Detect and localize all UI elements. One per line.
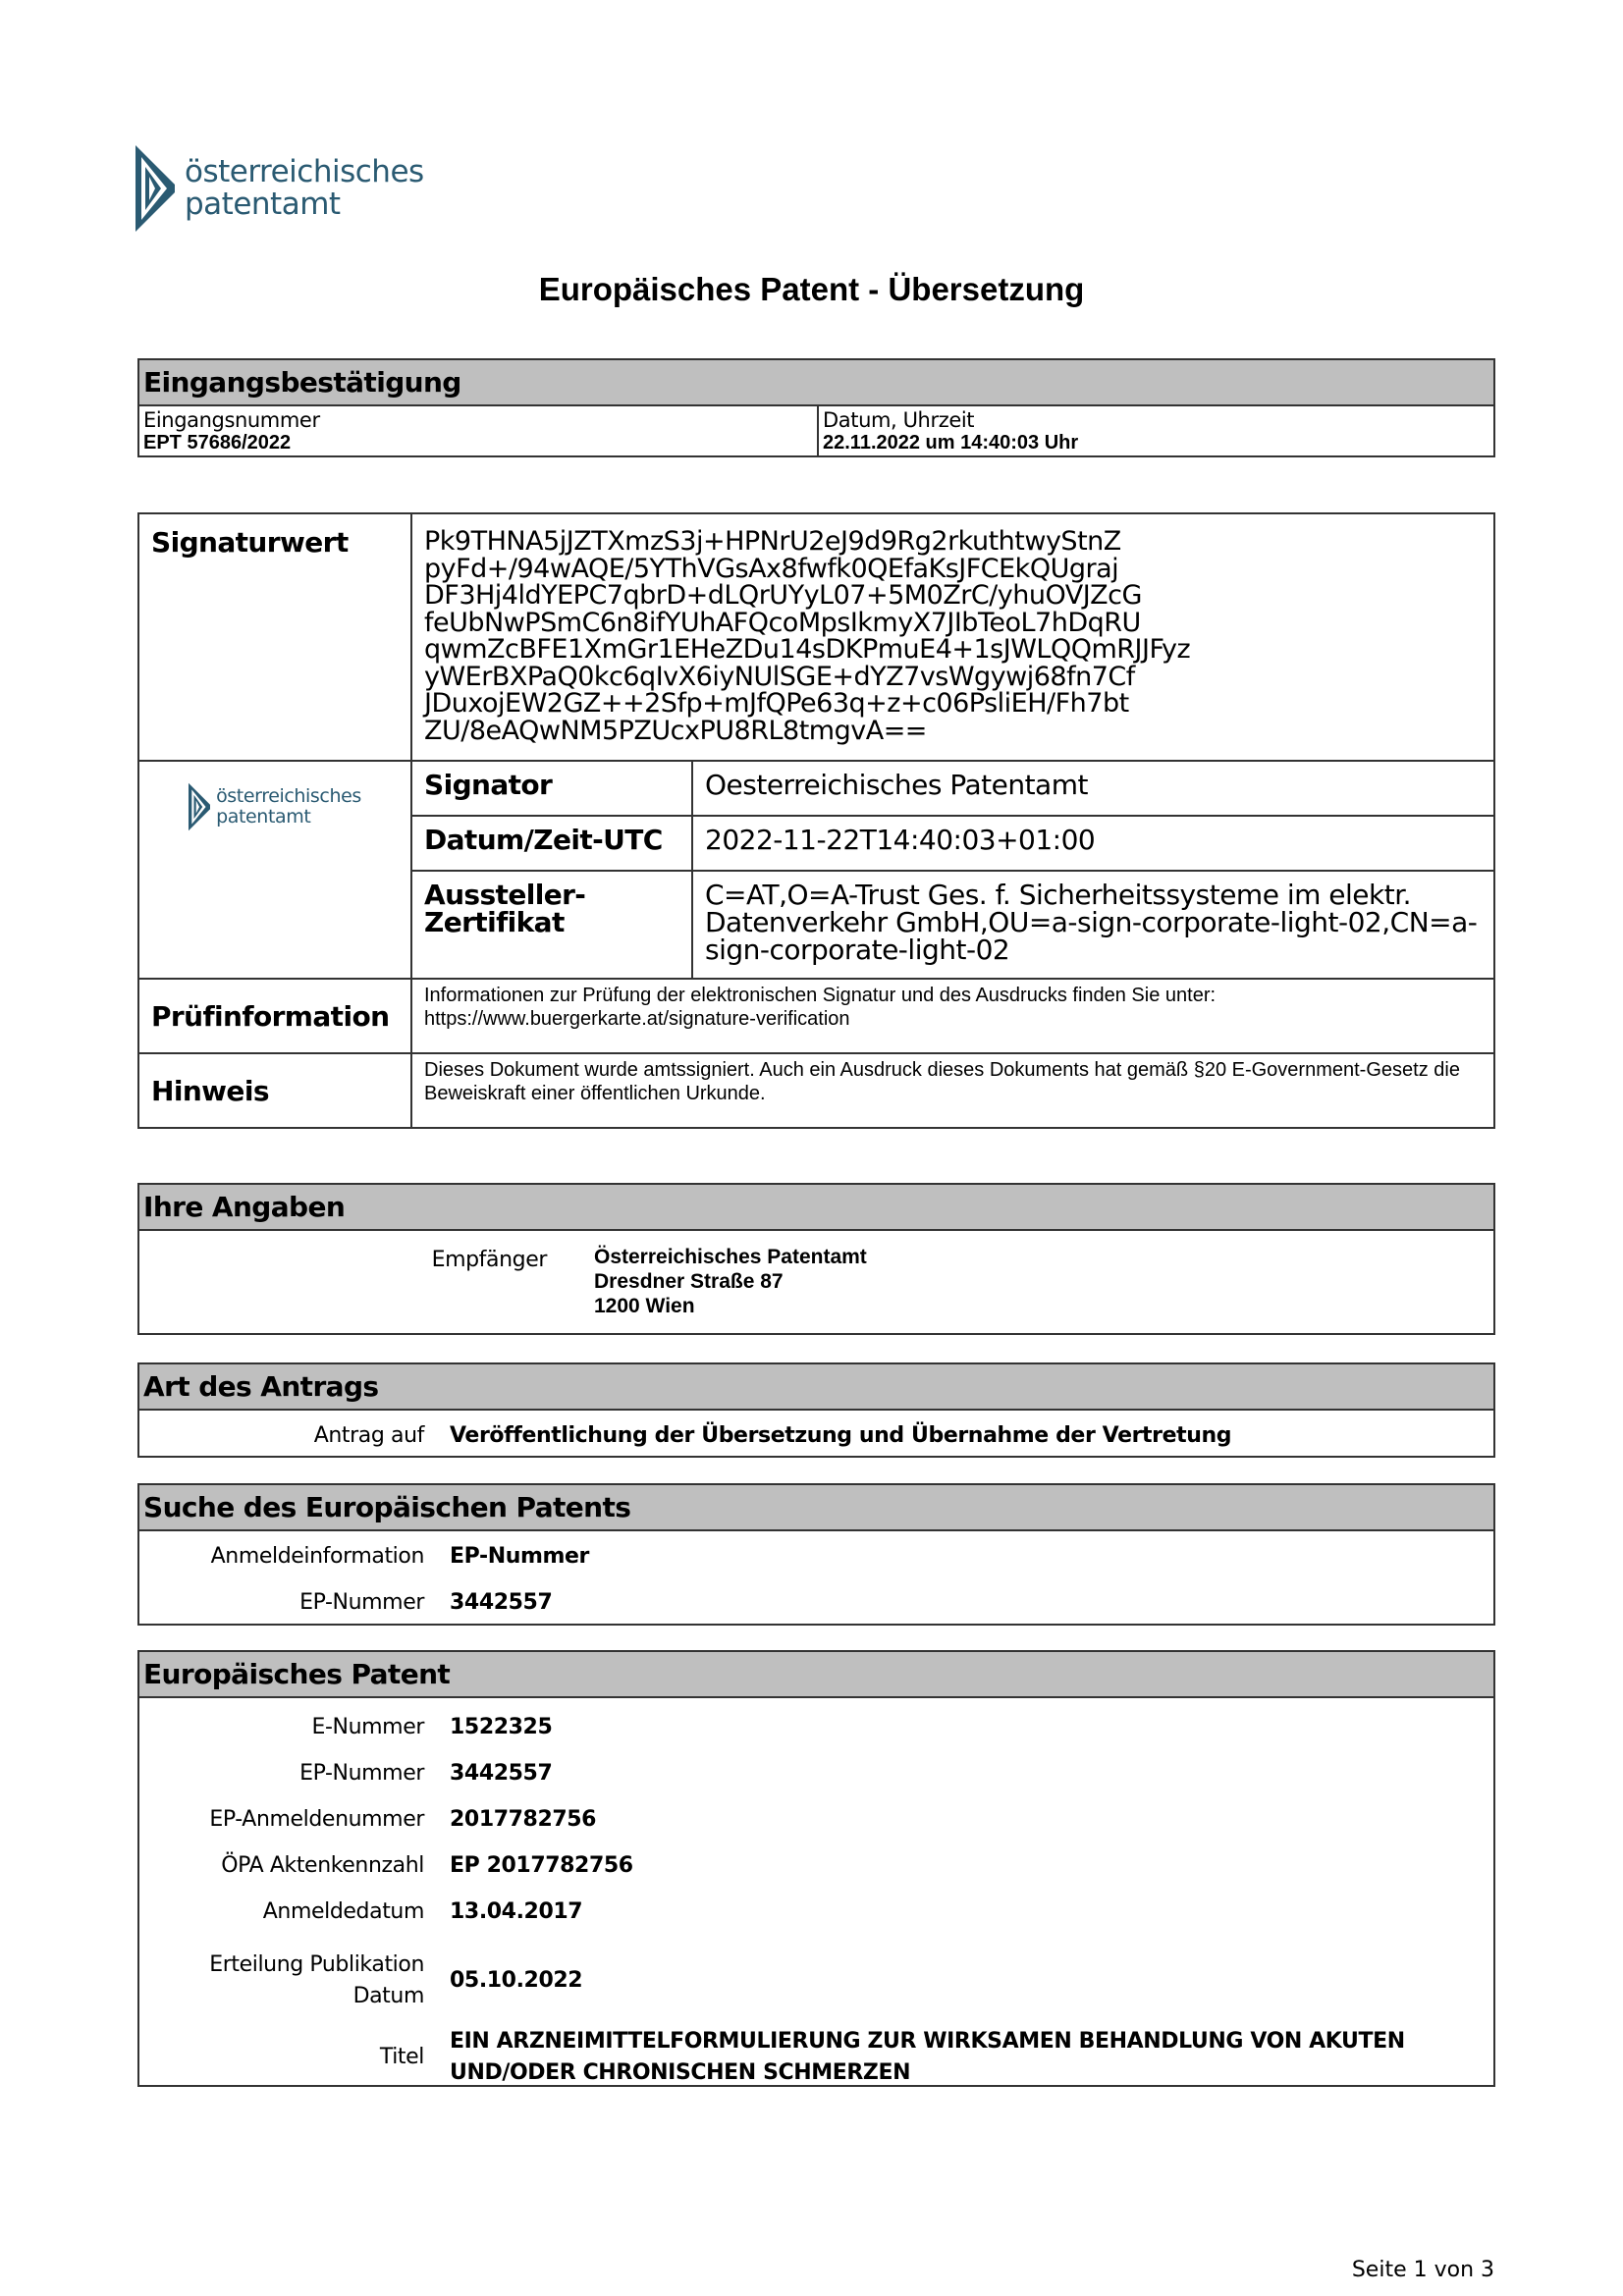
section-header: Eingangsbestätigung [139, 360, 1493, 406]
section-header: Art des Antrags [139, 1364, 1493, 1411]
signator-value: Oesterreichisches Patentamt [692, 762, 1493, 816]
signature-logo-cell: österreichisches patentamt [138, 761, 411, 979]
section-header: Ihre Angaben [139, 1185, 1493, 1231]
art-des-antrags-section: Art des Antrags Antrag auf Veröffentlich… [137, 1362, 1495, 1458]
logo-text-line1: österreichisches [185, 156, 424, 188]
section-header: Europäisches Patent [139, 1652, 1493, 1698]
suche-row: Anmeldeinformation EP-Nummer [139, 1541, 1493, 1587]
datum-uhrzeit-value: 22.11.2022 um 14:40:03 Uhr [823, 432, 1078, 454]
signature-table: Signaturwert Pk9THNA5jJZTXmzS3j+HPNrU2eJ… [137, 512, 1495, 1129]
patentamt-triangle-icon [189, 780, 210, 833]
datum-zeit-utc-value: 2022-11-22T14:40:03+01:00 [692, 816, 1493, 871]
patent-row: ÖPA Aktenkennzahl EP 2017782756 [139, 1850, 1493, 1896]
patentamt-triangle-icon [135, 145, 175, 232]
antrag-auf-label: Antrag auf [139, 1420, 424, 1452]
hinweis-text: Dieses Dokument wurde amtssigniert. Auch… [411, 1053, 1494, 1128]
pruefinformation-text: Informationen zur Prüfung der elektronis… [411, 979, 1494, 1053]
document-title: Europäisches Patent - Übersetzung [0, 271, 1623, 308]
ihre-angaben-section: Ihre Angaben Empfänger Österreichisches … [137, 1183, 1495, 1335]
hinweis-label: Hinweis [138, 1053, 411, 1128]
patent-row: E-Nummer 1522325 [139, 1712, 1493, 1758]
document-page: österreichisches patentamt Europäisches … [0, 0, 1623, 2296]
empfaenger-address: Österreichisches Patentamt Dresdner Stra… [594, 1245, 867, 1318]
signaturwert-value: Pk9THNA5jJZTXmzS3j+HPNrU2eJ9d9Rg2rkuthtw… [411, 513, 1494, 761]
eingangsnummer-label: Eingangsnummer [143, 408, 813, 432]
page-number: Seite 1 von 3 [1352, 2258, 1494, 2282]
aussteller-zertifikat-value: C=AT,O=A-Trust Ges. f. Sicherheitssystem… [692, 871, 1493, 978]
patentamt-logo-small: österreichisches patentamt [140, 763, 409, 833]
datum-uhrzeit-label: Datum, Uhrzeit [823, 408, 1078, 432]
datum-zeit-utc-label: Datum/Zeit-UTC [412, 816, 692, 871]
empfaenger-label: Empfänger [139, 1245, 547, 1318]
antrag-auf-value: Veröffentlichung der Übersetzung und Übe… [450, 1420, 1231, 1452]
section-header: Suche des Europäischen Patents [139, 1485, 1493, 1531]
europaeisches-patent-section: Europäisches Patent E-Nummer 1522325 EP-… [137, 1650, 1495, 2087]
logo-text-line2: patentamt [185, 188, 424, 221]
signaturwert-label: Signaturwert [138, 513, 411, 761]
patent-row: Erteilung Publikation Datum 05.10.2022 [139, 1943, 1493, 2019]
pruefinformation-label: Prüfinformation [138, 979, 411, 1053]
patent-row: EP-Anmeldenummer 2017782756 [139, 1804, 1493, 1850]
patent-row: Titel EIN ARZNEIMITTELFORMULIERUNG ZUR W… [139, 2019, 1493, 2096]
patent-row: EP-Nummer 3442557 [139, 1758, 1493, 1804]
patentamt-logo: österreichisches patentamt [135, 145, 424, 232]
eingangsnummer-value: EPT 57686/2022 [143, 432, 813, 454]
eingangsbestaetigung-section: Eingangsbestätigung Eingangsnummer EPT 5… [137, 358, 1495, 457]
aussteller-zertifikat-label: Aussteller-Zertifikat [412, 871, 692, 978]
verification-link[interactable]: https://www.buergerkarte.at/signature-ve… [424, 1007, 1482, 1031]
suche-row: EP-Nummer 3442557 [139, 1587, 1493, 1619]
suche-section: Suche des Europäischen Patents Anmeldein… [137, 1483, 1495, 1626]
patent-row: Anmeldedatum 13.04.2017 [139, 1896, 1493, 1943]
signator-label: Signator [412, 762, 692, 816]
